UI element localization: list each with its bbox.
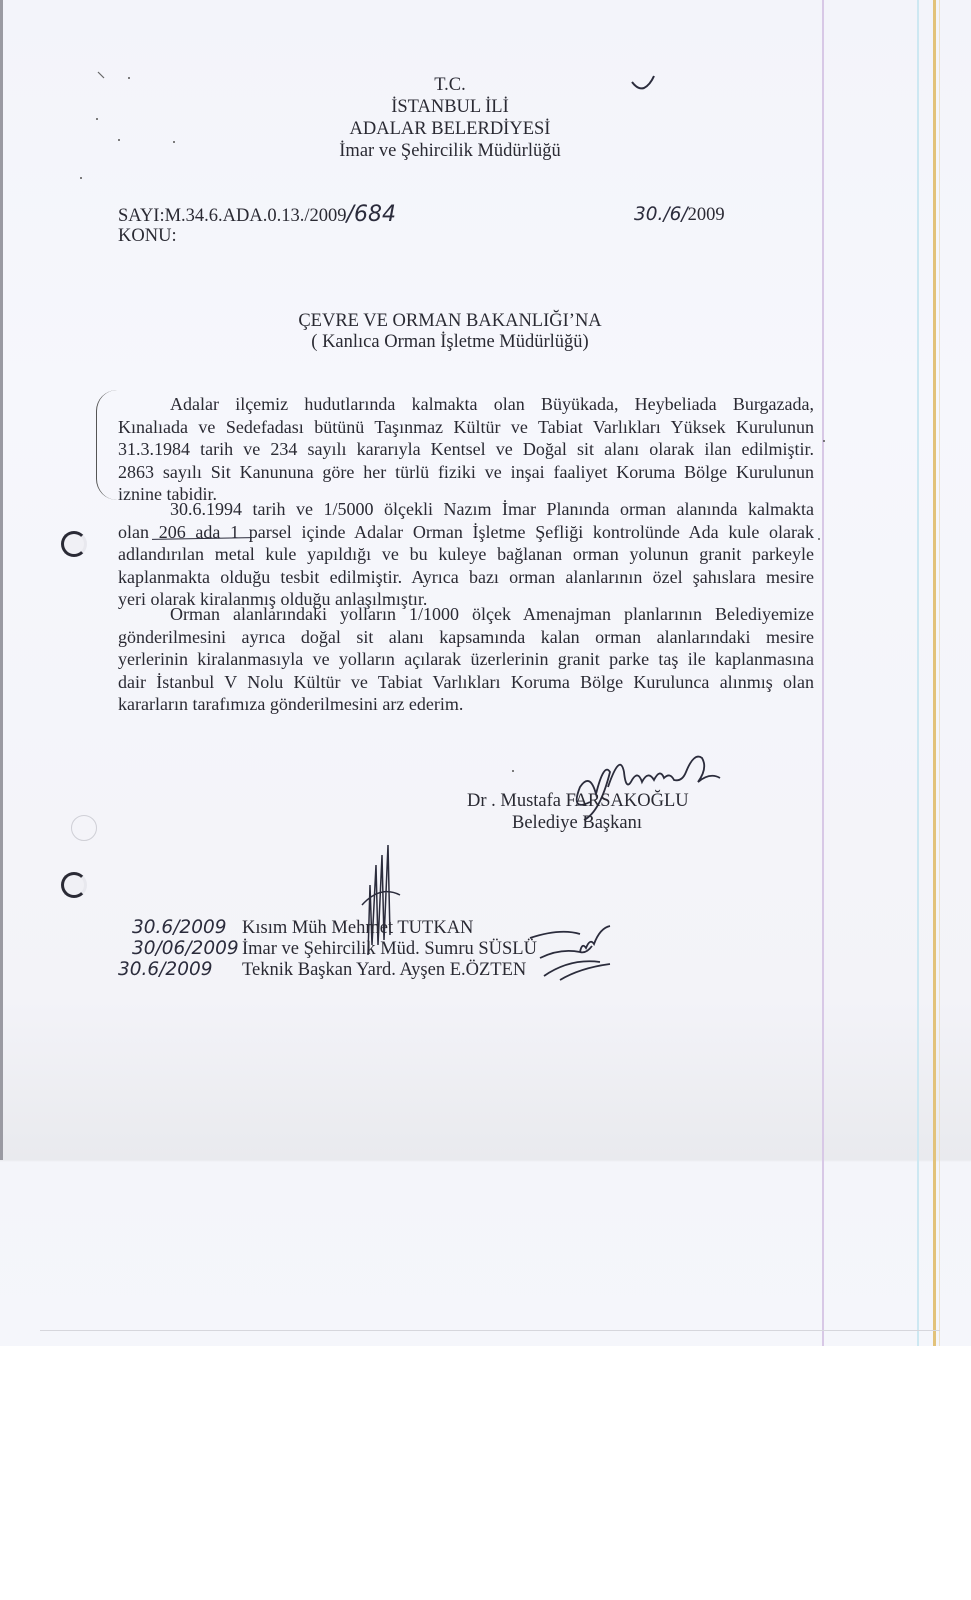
body-paragraph-2: 30.6.1994 tarih ve 1/5000 ölçekli Nazım … [118, 498, 814, 611]
scan-speck [80, 177, 82, 179]
scan-speck [128, 77, 130, 79]
approval-text: Teknik Başkan Yard. Ayşen E.ÖZTEN [242, 959, 526, 981]
subject-label: KONU: [118, 225, 177, 247]
scan-artifact-stripe [933, 0, 936, 1346]
signatory-title: Belediye Başkanı [512, 812, 642, 834]
scan-speck [173, 141, 175, 143]
addressee-directorate: ( Kanlıca Orman İşletme Müdürlüğü) [240, 331, 660, 353]
handwritten-bracket [96, 390, 117, 500]
scanned-page: T.C. İSTANBUL İLİ ADALAR BELERDİYESİ İma… [0, 0, 971, 1346]
scan-mark-icon [96, 70, 116, 84]
handwritten-number: /684 [347, 202, 396, 227]
approval-text: İmar ve Şehircilik Müd. Sumru SÜSLÜ [242, 938, 537, 960]
scan-speck [96, 118, 98, 120]
scan-speck [512, 770, 514, 772]
body-paragraph-3: Orman alanlarındaki yolların 1/1000 ölçe… [118, 603, 814, 716]
punch-hole-faint [71, 815, 97, 841]
check-mark-icon [630, 72, 670, 102]
approval-date: 30/06/2009 [132, 938, 239, 960]
punch-hole [61, 872, 87, 898]
signatory-name: Dr . Mustafa FARSAKOĞLU [467, 790, 689, 812]
letter-date: 30./6/2009 [634, 204, 725, 226]
header-department: İmar ve Şehircilik Müdürlüğü [240, 140, 660, 162]
scan-speck [818, 538, 820, 540]
reference-number: SAYI:M.34.6.ADA.0.13./2009/684 [118, 204, 396, 227]
body-paragraph-1: Adalar ilçemiz hudutlarında kalmakta ola… [118, 393, 814, 506]
scan-artifact-stripe [822, 0, 824, 1346]
header-province: İSTANBUL İLİ [240, 96, 660, 118]
scan-speck [823, 440, 825, 442]
addressee-ministry: ÇEVRE VE ORMAN BAKANLIĞI’NA [240, 310, 660, 332]
scan-edge [0, 0, 3, 1160]
approval-text: Kısım Müh Mehmet TUTKAN [242, 917, 473, 939]
page-edge [40, 1330, 940, 1331]
header-municipality: ADALAR BELERDİYESİ [240, 118, 660, 140]
scan-artifact-stripe [917, 0, 919, 1346]
scan-artifact-stripe [939, 0, 940, 1346]
approval-date: 30.6/2009 [132, 917, 227, 939]
punch-hole [61, 531, 87, 557]
initials-signature-icon [520, 918, 620, 988]
scan-speck [118, 139, 120, 141]
header-tc: T.C. [240, 74, 660, 96]
approval-date: 30.6/2009 [118, 959, 213, 981]
